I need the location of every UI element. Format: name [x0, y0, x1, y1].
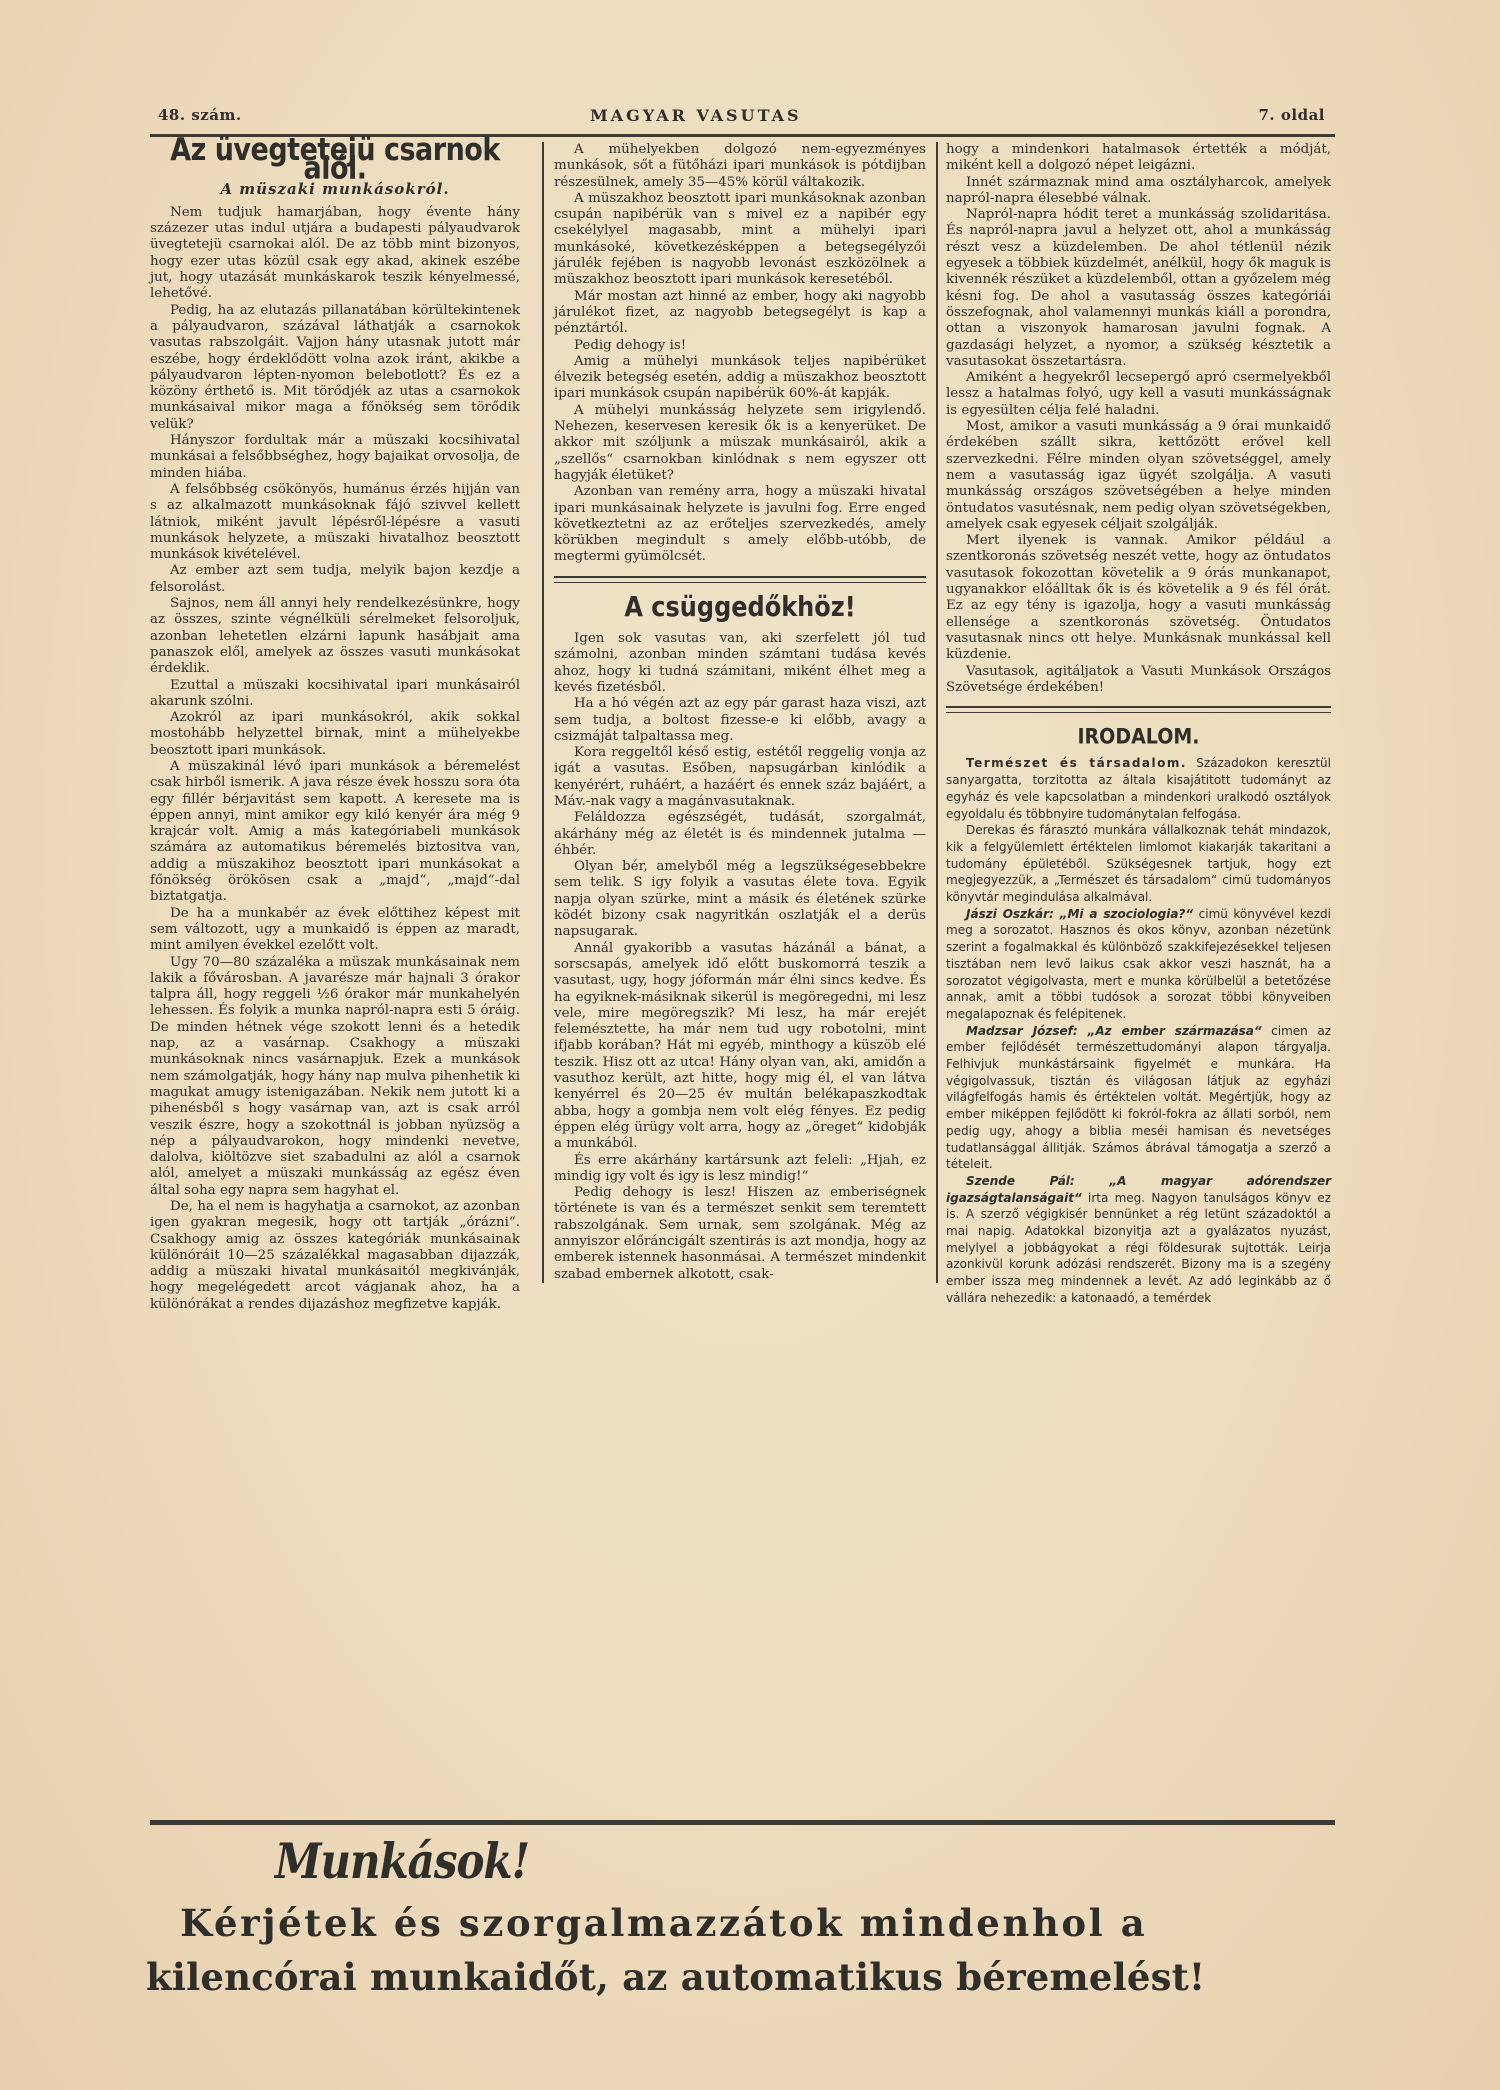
paragraph: A felsőbbség csökönyös, humánus érzés hi…: [150, 482, 520, 563]
literature-item: Madzsar József: „Az ember származása“ ci…: [946, 1023, 1331, 1173]
paragraph: Azokról az ipari munkásokról, akik sokka…: [150, 710, 520, 759]
section-title: IRODALOM.: [946, 728, 1331, 746]
paragraph: Amiként a hegyekről lecsepergő apró cser…: [946, 370, 1331, 419]
bottom-rule: [150, 1820, 1335, 1825]
paragraph: De, ha el nem is hagyhatja a csarnokot, …: [150, 1199, 520, 1313]
article-title: A csüggedőkhöz!: [554, 597, 926, 616]
paragraph: Azonban van remény arra, hogy a müszaki …: [554, 484, 926, 565]
paragraph: Vasutasok, agitáljatok a Vasuti Munkások…: [946, 664, 1331, 697]
book-author-title: Jászi Oszkár: „Mi a szociologia?“: [966, 907, 1193, 921]
literature-section: Természet és társadalom. Századokon kere…: [946, 755, 1331, 1306]
paragraph: Az ember azt sem tudja, melyik bajon kez…: [150, 563, 520, 596]
column-left: Az üvegtetejü csarnok alól. A müszaki mu…: [150, 142, 520, 1313]
book-author-title: Madzsar József: „Az ember származása“: [966, 1024, 1262, 1038]
paragraph: Annál gyakoribb a vasutas házánál a bána…: [554, 941, 926, 1153]
paragraph: Pedig dehogy is lesz! Hiszen az emberisé…: [554, 1185, 926, 1283]
literature-item: Jászi Oszkár: „Mi a szociologia?“ cimü k…: [946, 906, 1331, 1023]
issue-number: 48. szám.: [158, 106, 242, 124]
paragraph: Sajnos, nem áll annyi hely rendelkezésün…: [150, 596, 520, 677]
article-title: Az üvegtetejü csarnok alól.: [150, 142, 520, 179]
paragraph: Kora reggeltől késő estig, estétől regge…: [554, 745, 926, 810]
paragraph: Innét származnak mind ama osztályharcok,…: [946, 175, 1331, 208]
newspaper-page: 48. szám. MAGYAR VASUTAS 7. oldal Az üve…: [150, 102, 1335, 132]
paragraph: Pedig dehogy is!: [554, 338, 926, 354]
banner-heading: Munkások!: [275, 1833, 529, 1889]
paragraph: Hányszor fordultak már a müszaki kocsihi…: [150, 433, 520, 482]
paragraph: Feláldozza egészségét, tudását, szorgalm…: [554, 810, 926, 859]
paragraph: Igen sok vasutas van, aki szerfelett jól…: [554, 631, 926, 696]
paragraph: A mühelyi munkásság helyzete sem irigyle…: [554, 403, 926, 484]
paragraph: Olyan bér, amelyből még a legszükségeseb…: [554, 859, 926, 940]
paragraph: Már mostan azt hinné az ember, hogy aki …: [554, 289, 926, 338]
paragraph: Mert ilyenek is vannak. Amikor például a…: [946, 533, 1331, 663]
paragraph: A mühelyekben dolgozó nem-egyezményes mu…: [554, 142, 926, 191]
book-title: Természet és társadalom.: [966, 756, 1187, 770]
paragraph: Ugy 70—80 százaléka a müszak munkásainak…: [150, 955, 520, 1199]
masthead: 48. szám. MAGYAR VASUTAS 7. oldal: [150, 102, 1335, 132]
paragraph: Pedig, ha az elutazás pillanatában körül…: [150, 303, 520, 433]
banner-line-2: kilencórai munkaidőt, az automatikus bér…: [146, 1955, 1205, 1999]
newspaper-title: MAGYAR VASUTAS: [590, 106, 802, 125]
column-middle: A mühelyekben dolgozó nem-egyezményes mu…: [542, 142, 938, 1283]
paragraph: hogy a mindenkori hatalmasok értették a …: [946, 142, 1331, 175]
banner-line-1: Kérjétek és szorgalmazzátok mindenhol a: [180, 1901, 1147, 1945]
literature-item: Természet és társadalom. Századokon kere…: [946, 755, 1331, 822]
literature-item: Derekas és fárasztó munkára vállalkoznak…: [946, 822, 1331, 906]
paragraph: Ha a hó végén azt az egy pár garast haza…: [554, 696, 926, 745]
literature-item: Szende Pál: „A magyar adórendszer igazsá…: [946, 1173, 1331, 1307]
page-number: 7. oldal: [1259, 106, 1326, 124]
paragraph: Nem tudjuk hamarjában, hogy évente hány …: [150, 205, 520, 303]
article-separator: [554, 576, 926, 583]
paragraph: Napról-napra hódit teret a munkásság szo…: [946, 207, 1331, 370]
paragraph: Most, amikor a vasuti munkásság a 9 órai…: [946, 419, 1331, 533]
paragraph: Ezuttal a müszaki kocsihivatal ipari mun…: [150, 678, 520, 711]
column-right: hogy a mindenkori hatalmasok értették a …: [946, 142, 1331, 1307]
paragraph: Amig a mühelyi munkások teljes napibérük…: [554, 354, 926, 403]
section-separator: [946, 706, 1331, 713]
paragraph: De ha a munkabér az évek előttihez képes…: [150, 906, 520, 955]
paragraph: És erre akárhány kartársunk azt feleli: …: [554, 1153, 926, 1186]
paragraph: A müszakhoz beosztott ipari munkásoknak …: [554, 191, 926, 289]
paragraph: A müszakinál lévő ipari munkások a bérem…: [150, 759, 520, 906]
